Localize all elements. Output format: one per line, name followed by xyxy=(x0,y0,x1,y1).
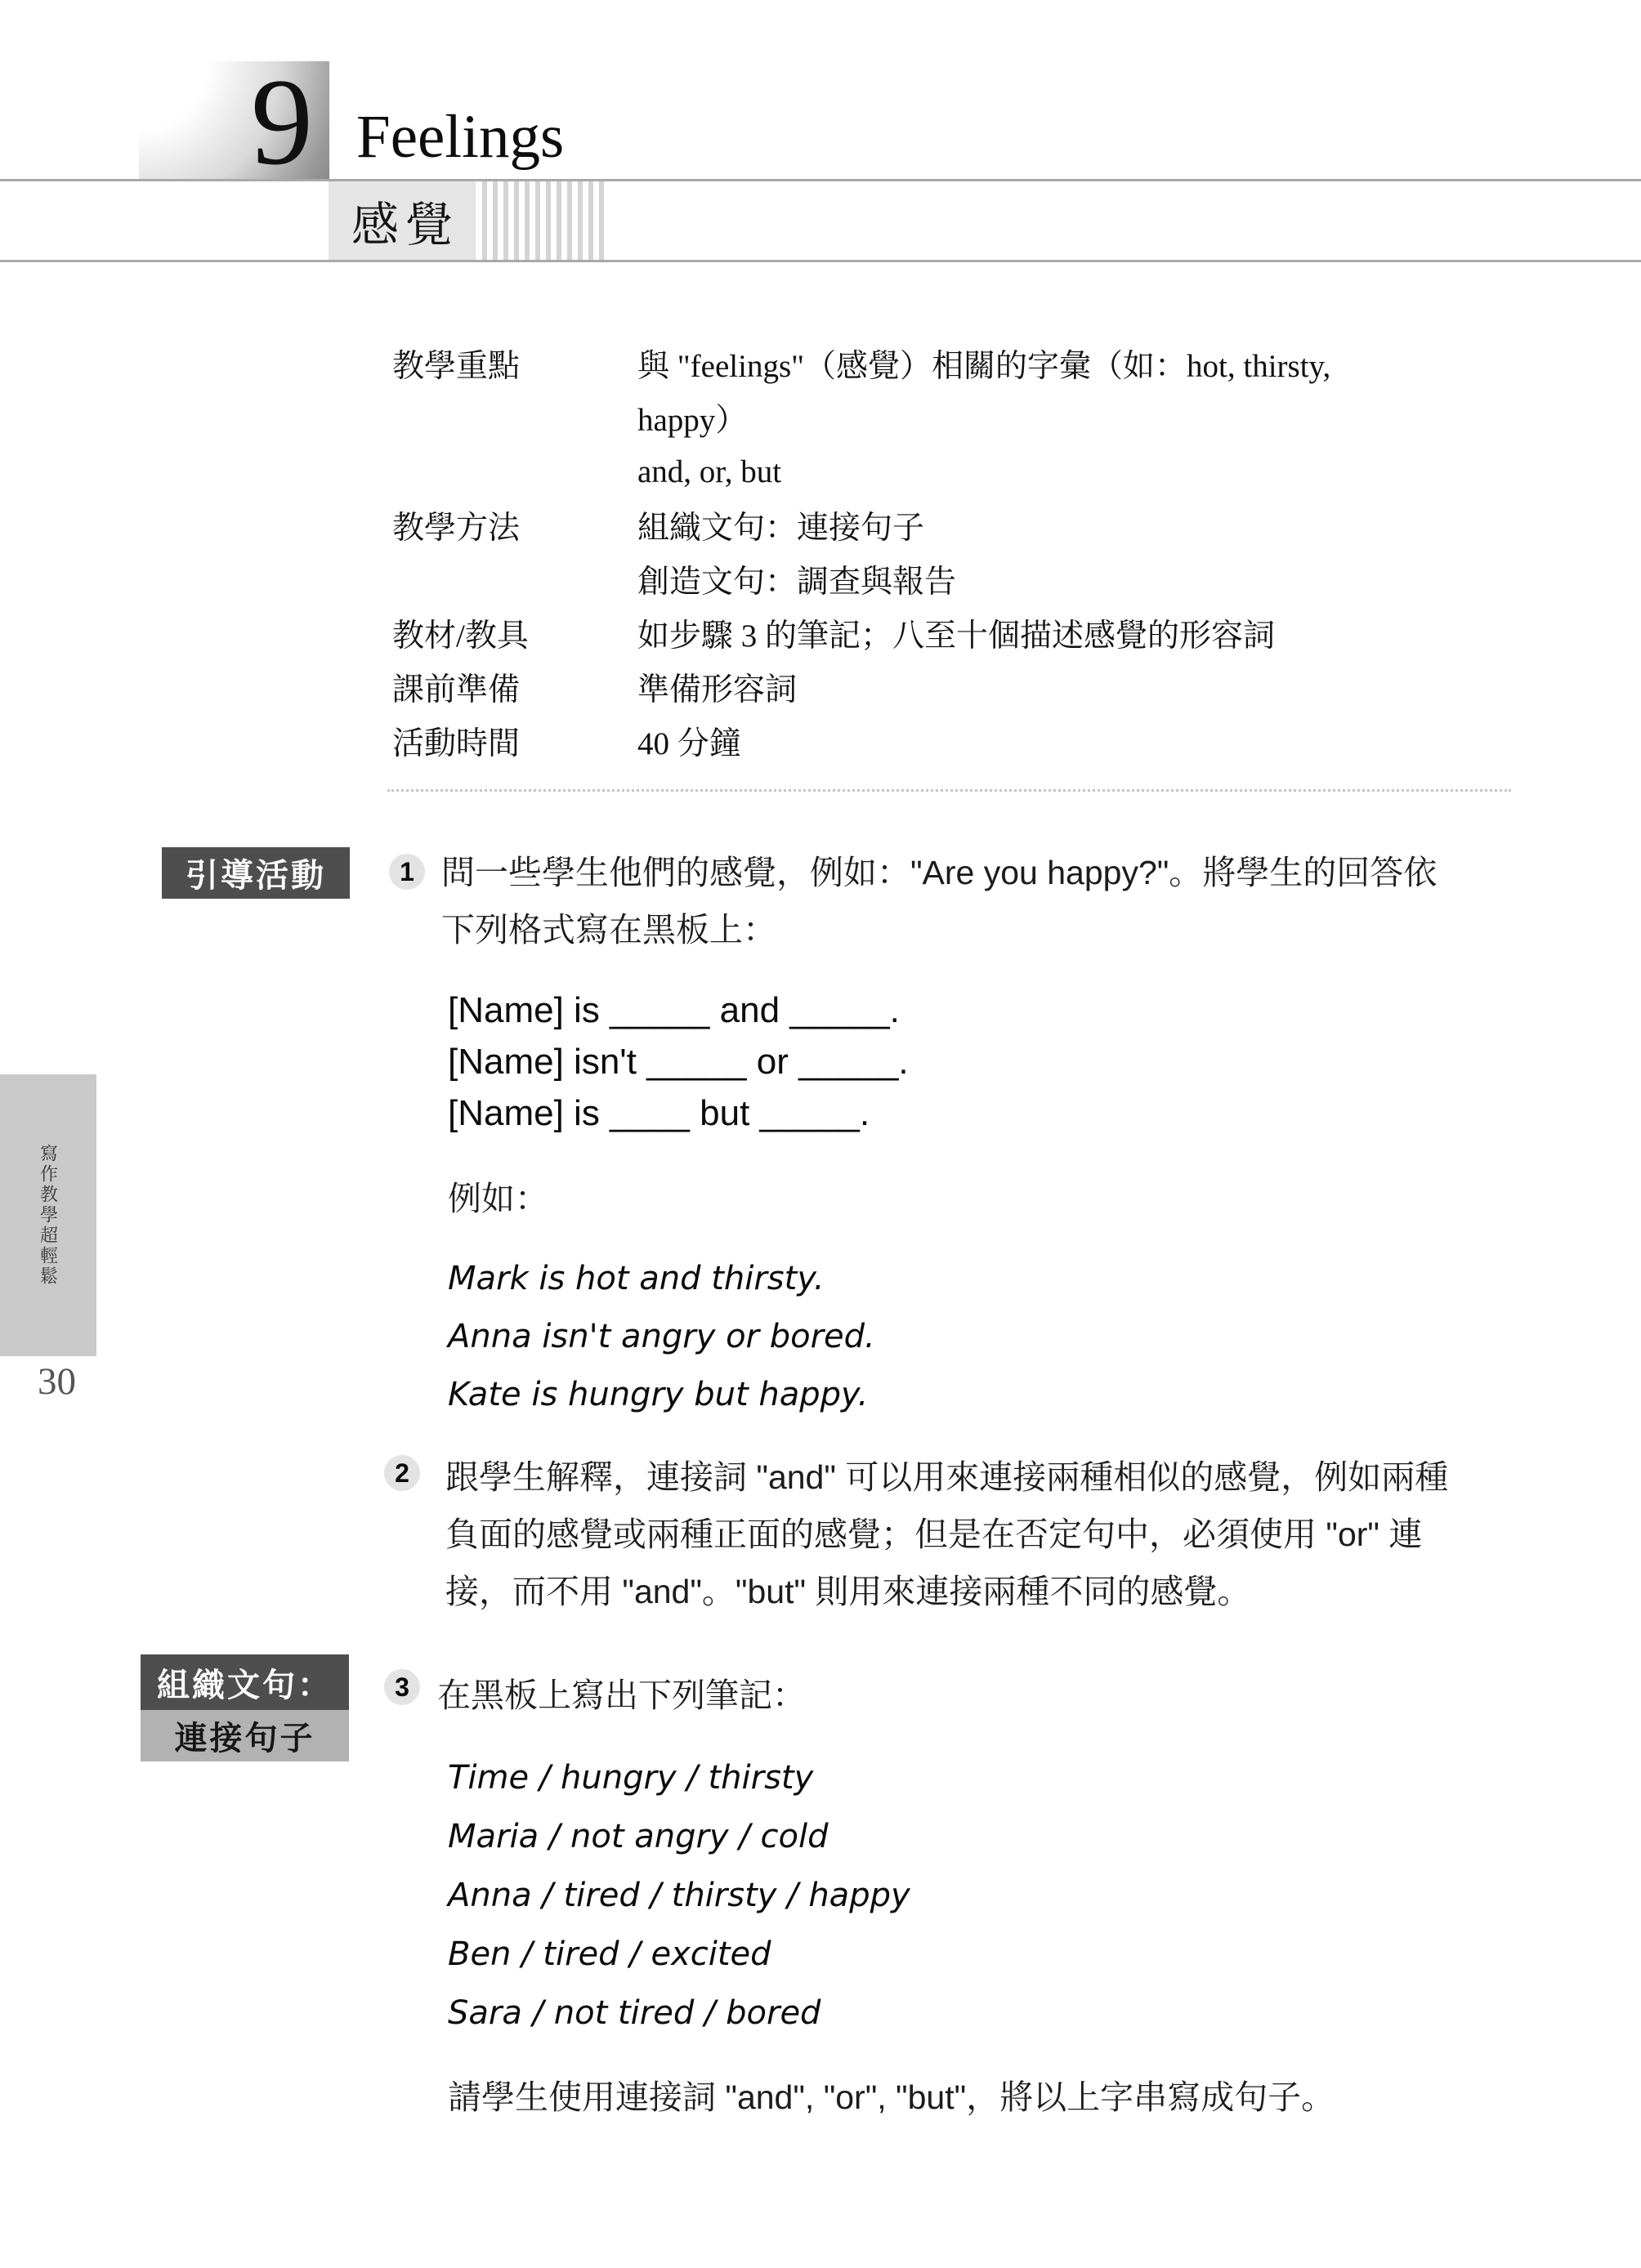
row-value: 40 分鐘 xyxy=(637,718,741,764)
step-2-line: 跟學生解釋，連接詞 "and" 可以用來連接兩種相似的感覺，例如兩種 xyxy=(445,1449,1448,1506)
board-line: [Name] isn't _____ or _____. xyxy=(448,1036,909,1087)
step-1-text: 問一些學生他們的感覺，例如："Are you happy?"。將學生的回答依 下… xyxy=(441,844,1437,958)
section-badge-organize: 組織文句： xyxy=(141,1654,349,1710)
sidebar-vertical-title: 寫作教學超輕鬆 xyxy=(36,1144,61,1287)
chapter-title-chinese-box: 感覺 xyxy=(329,181,476,260)
table-row: 教學方法 組織文句：連接句子 xyxy=(392,498,1553,552)
board-line: [Name] is _____ and _____. xyxy=(448,984,909,1036)
chapter-number: 9 xyxy=(251,60,313,184)
chapter-title-chinese: 感覺 xyxy=(345,186,459,255)
row-label: 教材/教具 xyxy=(392,610,637,656)
row-value: happy） xyxy=(637,395,747,440)
note-line: Anna / tired / thirsty / happy xyxy=(448,1866,910,1925)
row-label: 教學方法 xyxy=(392,502,637,548)
dotted-divider xyxy=(387,789,1511,792)
step-2-line: 接，而不用 "and"。"but" 則用來連接兩種不同的感覺。 xyxy=(445,1563,1448,1620)
board-line: [Name] is ____ but _____. xyxy=(448,1087,909,1139)
example-sentence: Mark is hot and thirsty. xyxy=(448,1250,875,1308)
note-line: Maria / not angry / cold xyxy=(448,1807,910,1866)
chapter-number-box: 9 xyxy=(139,61,329,179)
note-line: Time / hungry / thirsty xyxy=(448,1748,910,1807)
table-row: 課前準備 準備形容詞 xyxy=(392,660,1553,714)
decorative-stripes xyxy=(482,181,610,260)
example-intro: 例如： xyxy=(448,1170,548,1227)
lesson-info-table: 教學重點 與 "feelings"（感覺）相關的字彙（如：hot, thirst… xyxy=(392,337,1553,768)
row-value: 如步驟 3 的筆記；八至十個描述感覺的形容詞 xyxy=(637,610,1275,656)
step-2-line: 負面的感覺或兩種正面的感覺；但是在否定句中，必須使用 "or" 連 xyxy=(445,1506,1448,1563)
step-number-1: 1 xyxy=(389,854,425,890)
chapter-title-english: Feelings xyxy=(356,106,564,167)
step-1-line: 問一些學生他們的感覺，例如："Are you happy?"。將學生的回答依 xyxy=(441,844,1437,901)
table-row: 創造文句：調查與報告 xyxy=(392,552,1553,606)
note-line: Sara / not tired / bored xyxy=(448,1984,910,2043)
section-badge-guide-activity: 引導活動 xyxy=(162,847,350,899)
table-row: happy） xyxy=(392,391,1553,444)
step-1-line: 下列格式寫在黑板上： xyxy=(441,901,1437,958)
row-value: and, or, but xyxy=(637,453,781,490)
step-number-3: 3 xyxy=(384,1669,420,1705)
closing-instruction: 請學生使用連接詞 "and", "or", "but"，將以上字串寫成句子。 xyxy=(448,2069,1335,2126)
note-line: Ben / tired / excited xyxy=(448,1925,910,1984)
step-3-text: 在黑板上寫出下列筆記： xyxy=(437,1667,806,1724)
row-value: 創造文句：調查與報告 xyxy=(637,556,956,602)
row-value: 與 "feelings"（感覺）相關的字彙（如：hot, thirsty, xyxy=(637,341,1330,386)
table-row: and, or, but xyxy=(392,444,1553,498)
example-sentences: Mark is hot and thirsty. Anna isn't angr… xyxy=(448,1250,875,1424)
row-value: 組織文句：連接句子 xyxy=(637,502,924,548)
section-badge-connect-sentences: 連接句子 xyxy=(141,1710,349,1761)
example-sentence: Anna isn't angry or bored. xyxy=(448,1308,875,1366)
notes-list: Time / hungry / thirsty Maria / not angr… xyxy=(448,1748,910,2043)
page-number: 30 xyxy=(38,1359,76,1404)
step-number-2: 2 xyxy=(384,1455,420,1491)
textbook-page: 9 Feelings 感覺 教學重點 與 "feelings"（感覺）相關的字彙… xyxy=(0,0,1641,2268)
table-row: 教材/教具 如步驟 3 的筆記；八至十個描述感覺的形容詞 xyxy=(392,606,1553,660)
table-row: 教學重點 與 "feelings"（感覺）相關的字彙（如：hot, thirst… xyxy=(392,337,1553,391)
row-label: 活動時間 xyxy=(392,718,637,764)
header-band: 感覺 xyxy=(0,179,1641,262)
row-value: 準備形容詞 xyxy=(637,664,797,710)
row-label: 教學重點 xyxy=(392,341,637,386)
table-row: 活動時間 40 分鐘 xyxy=(392,714,1553,768)
example-sentence: Kate is hungry but happy. xyxy=(448,1366,875,1424)
row-label: 課前準備 xyxy=(392,664,637,710)
step-2-text: 跟學生解釋，連接詞 "and" 可以用來連接兩種相似的感覺，例如兩種 負面的感覺… xyxy=(445,1449,1448,1620)
sidebar-tab: 寫作教學超輕鬆 xyxy=(0,1074,96,1356)
blackboard-template: [Name] is _____ and _____. [Name] isn't … xyxy=(448,984,909,1139)
